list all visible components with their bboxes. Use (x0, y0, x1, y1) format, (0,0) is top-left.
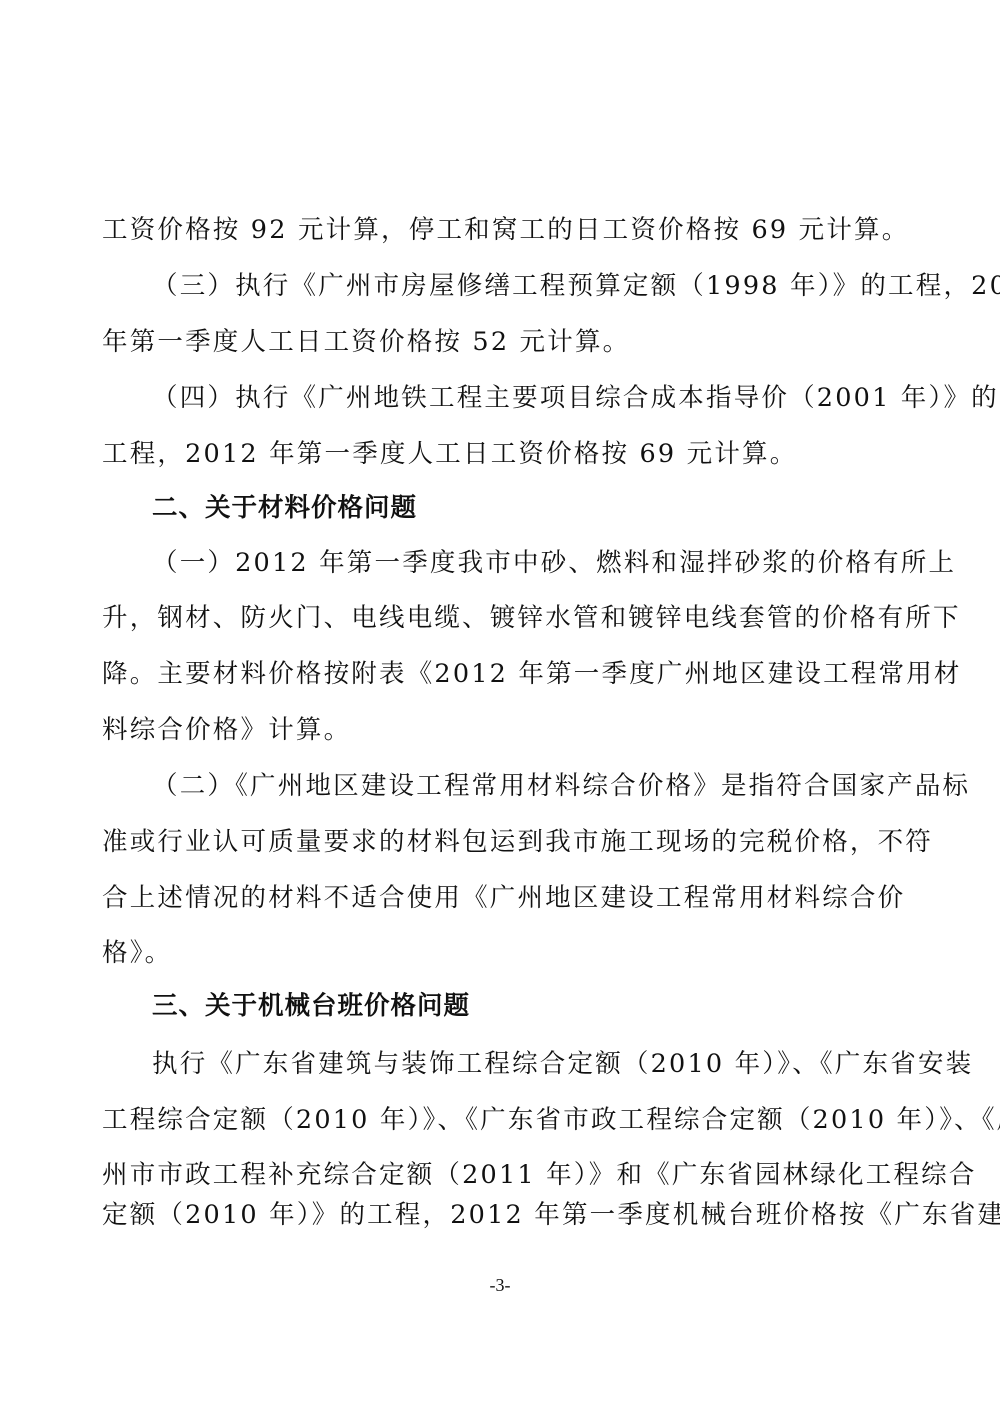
paragraph-line: （一）2012 年第一季度我市中砂、燃料和湿拌砂浆的价格有所上 (152, 548, 912, 578)
paragraph-line: 工程综合定额（2010 年）》、《广东省市政工程综合定额（2010 年）》、《广 (102, 1105, 912, 1135)
paragraph-line: 准或行业认可质量要求的材料包运到我市施工现场的完税价格，不符 (102, 827, 912, 857)
paragraph-line: 格》。 (102, 938, 912, 968)
paragraph-line: 升，钢材、防火门、电线电缆、镀锌水管和镀锌电线套管的价格有所下 (102, 603, 912, 633)
paragraph-line: 执行《广东省建筑与装饰工程综合定额（2010 年）》、《广东省安装 (152, 1049, 912, 1079)
paragraph-line: 定额（2010 年）》的工程，2012 年第一季度机械台班价格按《广东省建 (102, 1200, 912, 1230)
paragraph-line: 降。主要材料价格按附表《2012 年第一季度广州地区建设工程常用材 (102, 659, 912, 689)
paragraph-line: 料综合价格》计算。 (102, 715, 912, 745)
section-heading: 二、关于材料价格问题 (152, 493, 912, 523)
paragraph-line: （二）《广州地区建设工程常用材料综合价格》是指符合国家产品标 (152, 771, 912, 801)
paragraph-line: 工资价格按 92 元计算，停工和窝工的日工资价格按 69 元计算。 (102, 215, 912, 245)
paragraph-line: 年第一季度人工日工资价格按 52 元计算。 (102, 327, 912, 357)
paragraph-line: （四）执行《广州地铁工程主要项目综合成本指导价（2001 年）》的 (152, 383, 912, 413)
paragraph-line: （三）执行《广州市房屋修缮工程预算定额（1998 年）》的工程，2012 (152, 271, 912, 301)
paragraph-line: 工程，2012 年第一季度人工日工资价格按 69 元计算。 (102, 439, 912, 469)
page-number: -3- (0, 1275, 1000, 1296)
paragraph-line: 合上述情况的材料不适合使用《广州地区建设工程常用材料综合价 (102, 883, 912, 913)
section-heading: 三、关于机械台班价格问题 (152, 991, 912, 1021)
paragraph-line: 州市市政工程补充综合定额（2011 年）》和《广东省园林绿化工程综合 (102, 1160, 912, 1190)
